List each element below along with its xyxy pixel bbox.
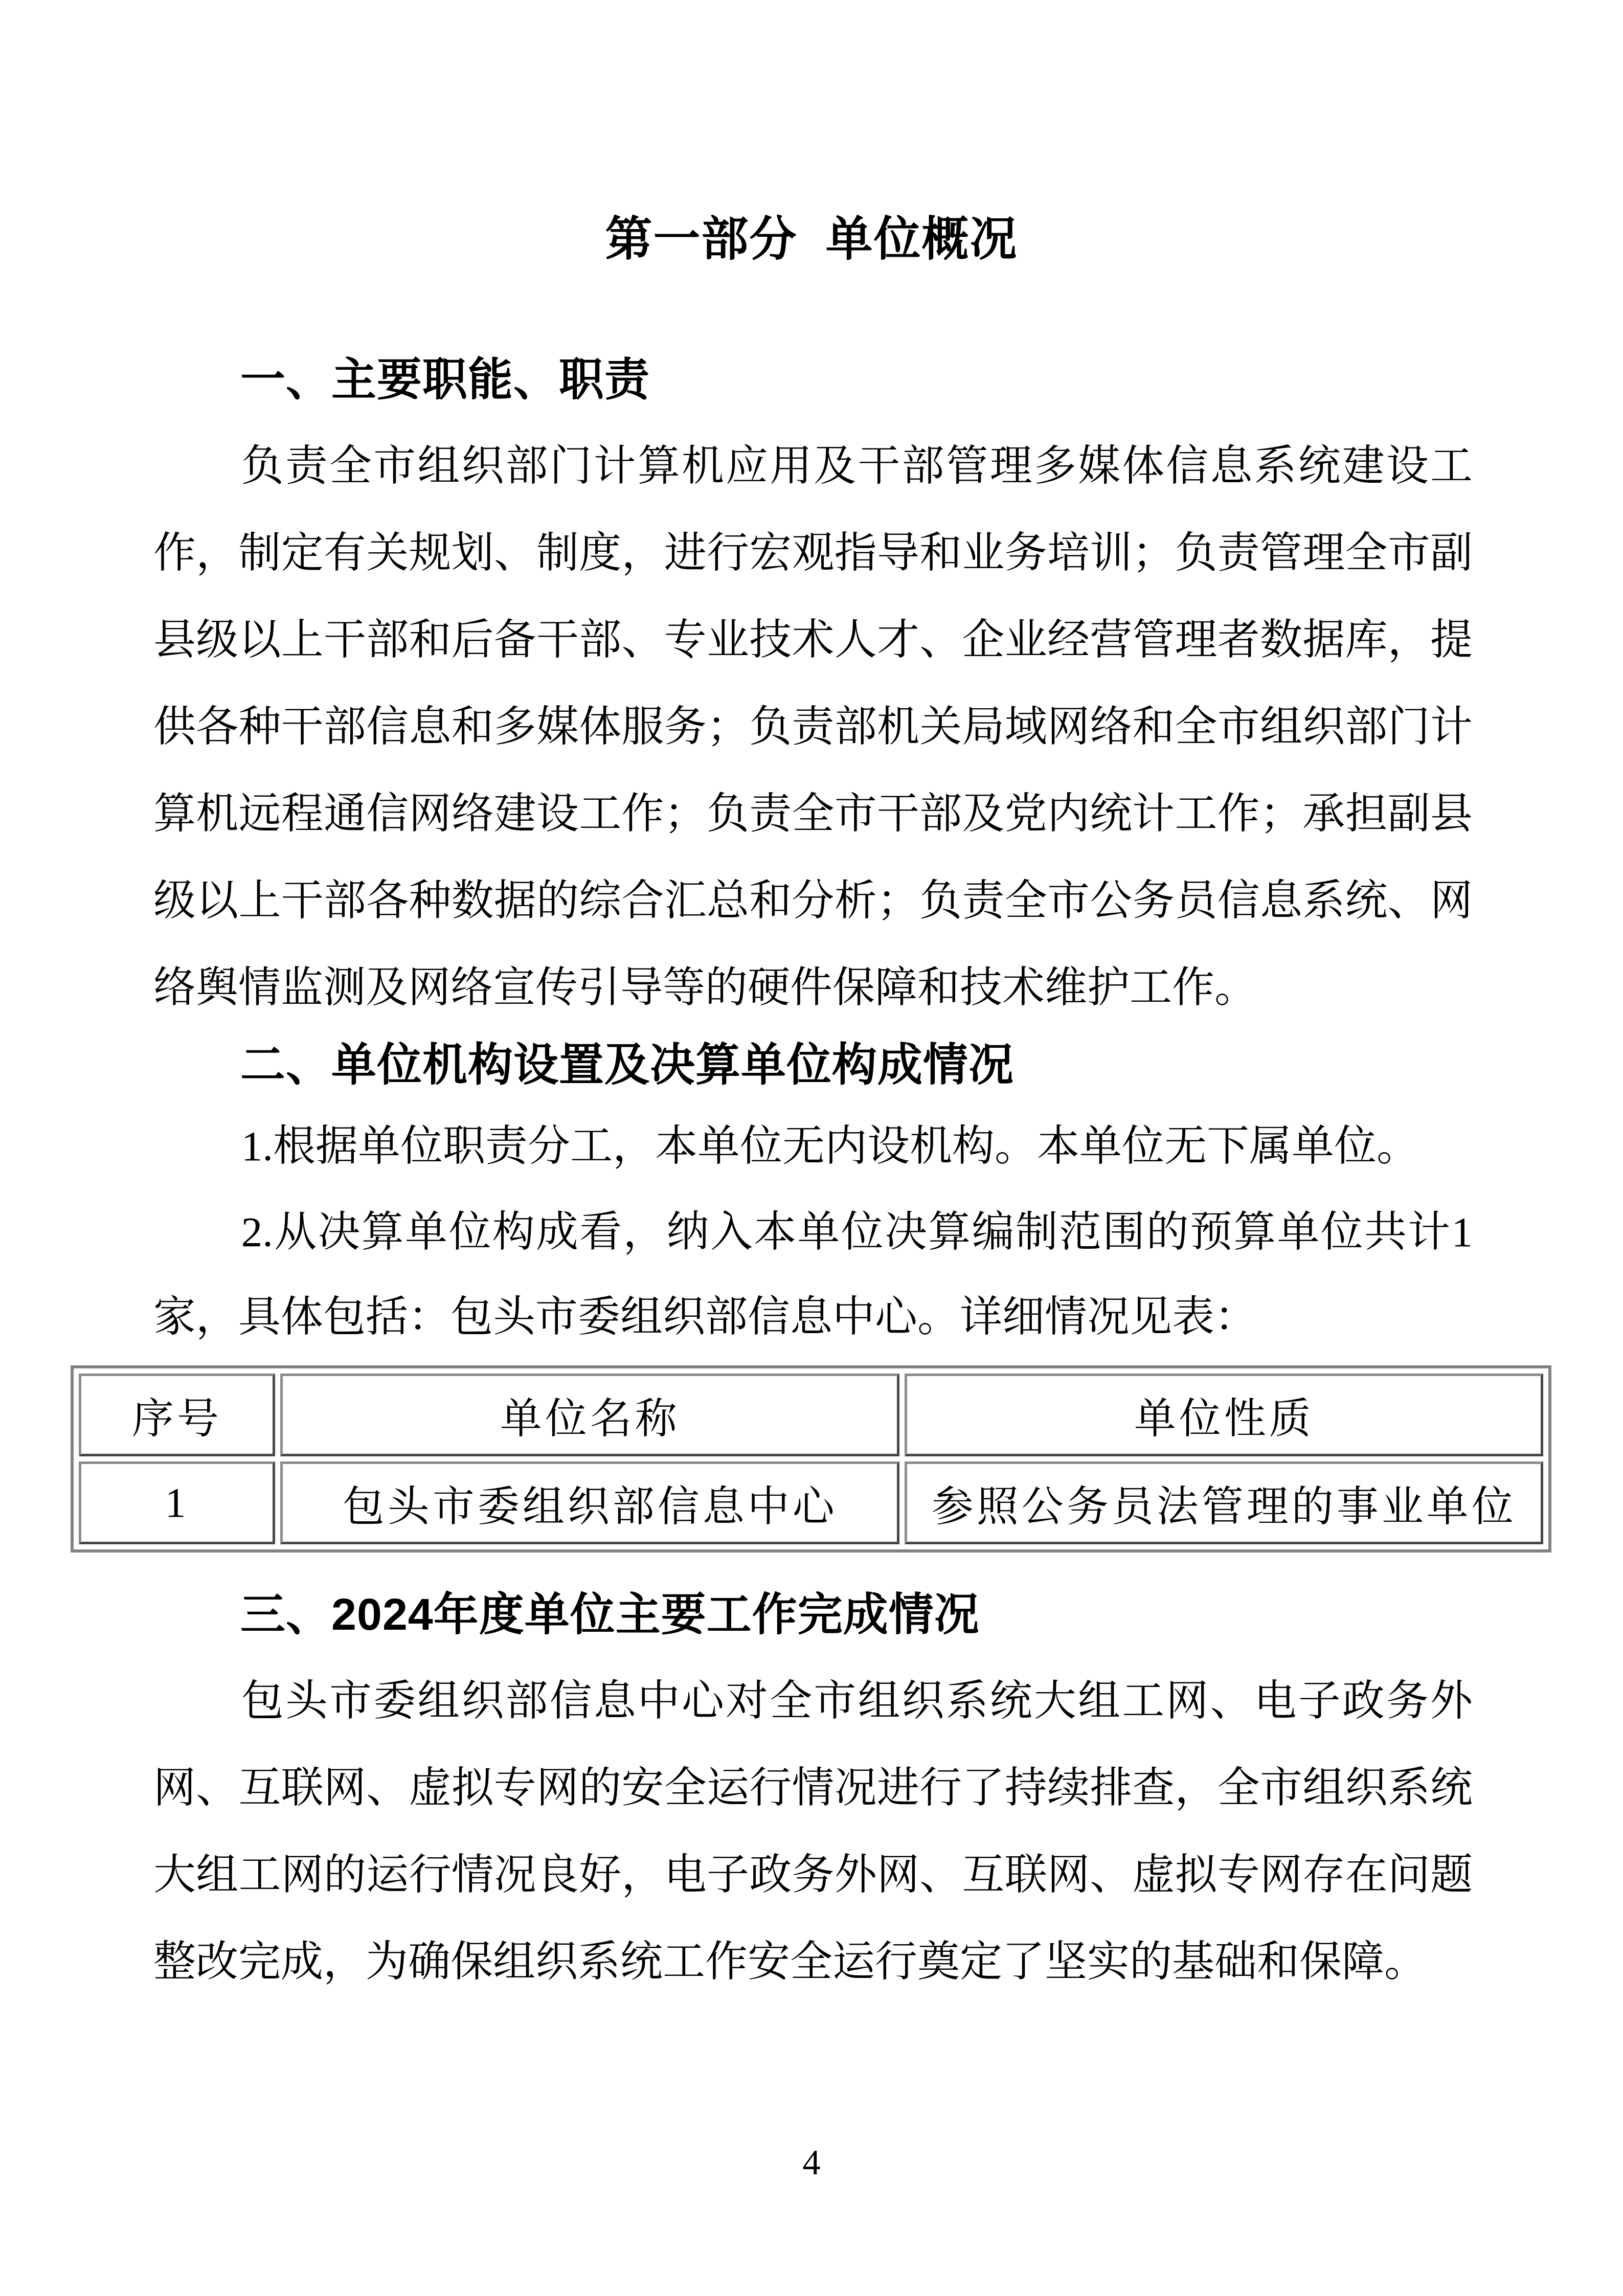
units-table-data-row: 1 包头市委组织部信息中心 参照公务员法管理的事业单位 [79,1461,1543,1544]
page-number: 4 [0,2140,1623,2186]
section-heading-work-completion: 三、2024年度单位主要工作完成情况 [153,1581,1560,1648]
section-main-duties: 一、主要职能、职责 负责全市组织部门计算机应用及干部管理多媒体信息系统建设工作，… [0,346,1623,1031]
section-work-completion: 三、2024年度单位主要工作完成情况 包头市委组织部信息中心对全市组织系统大组工… [0,1581,1623,2005]
units-table-header-name: 单位名称 [280,1374,900,1456]
paragraph-duties: 负责全市组织部门计算机应用及干部管理多媒体信息系统建设工作，制定有关规划、制度，… [153,422,1473,1031]
section-heading-org-structure: 二、单位机构设置及决算单位构成情况 [153,1031,1560,1098]
unit-index-cell: 1 [79,1461,275,1544]
paragraph-org-structure-1: 1.根据单位职责分工，本单位无内设机构。本单位无下属单位。 [153,1102,1473,1189]
units-table: 序号 单位名称 单位性质 1 包头市委组织部信息中心 参照公务员法管理的事业单位 [71,1365,1551,1552]
units-table-header-row: 序号 单位名称 单位性质 [79,1374,1543,1456]
unit-type-cell: 参照公务员法管理的事业单位 [905,1461,1543,1544]
unit-name-cell: 包头市委组织部信息中心 [280,1461,900,1544]
units-table-header-index: 序号 [79,1374,275,1456]
section-heading-duties: 一、主要职能、职责 [153,346,1560,413]
paragraph-org-structure-2: 2.从决算单位构成看，纳入本单位决算编制范围的预算单位共计1家，具体包括：包头市… [153,1189,1473,1359]
document-page: 第一部分 单位概况 一、主要职能、职责 负责全市组织部门计算机应用及干部管理多媒… [0,0,1623,2296]
paragraph-work-completion: 包头市委组织部信息中心对全市组织系统大组工网、电子政务外网、互联网、虚拟专网的安… [153,1657,1473,2005]
document-title: 第一部分 单位概况 [0,0,1623,275]
section-org-structure: 二、单位机构设置及决算单位构成情况 1.根据单位职责分工，本单位无内设机构。本单… [0,1031,1623,1552]
units-table-header-type: 单位性质 [905,1374,1543,1456]
